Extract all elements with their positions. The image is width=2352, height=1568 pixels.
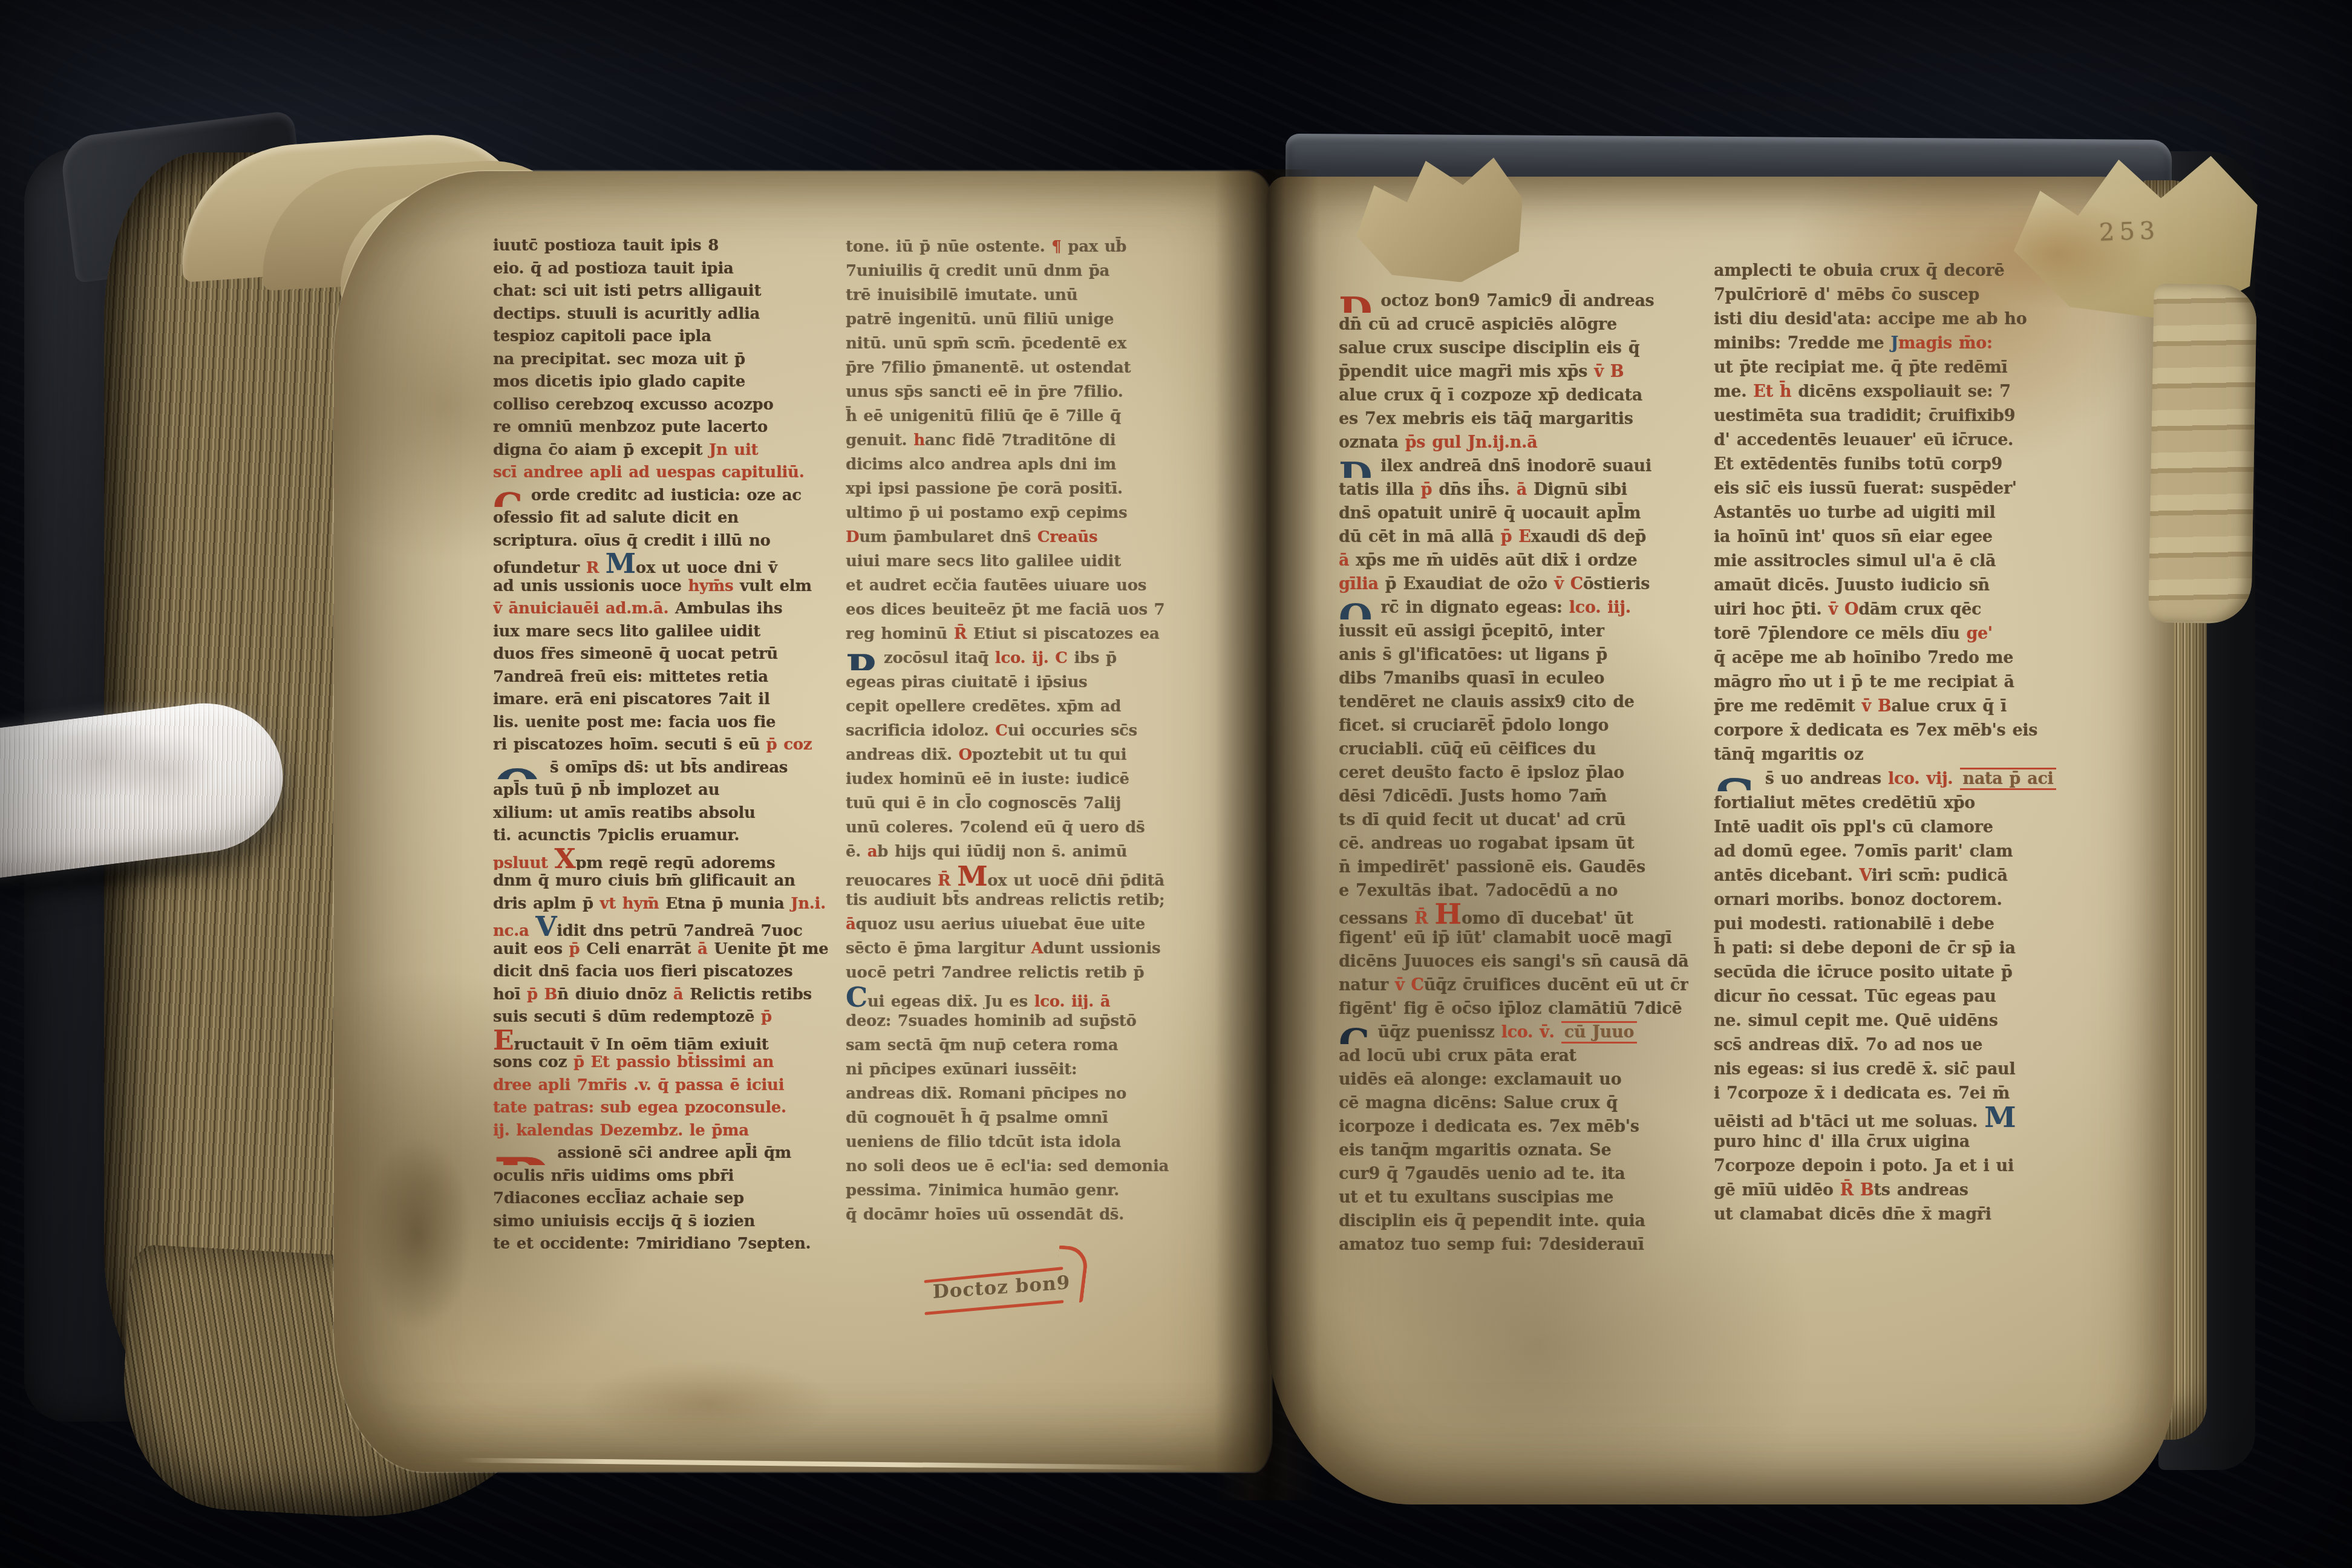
text-segment: e 7exultās ibat. 7adocēdū a no [1339,881,1618,900]
text-segment: lco. v̄. [1501,1023,1561,1042]
text-segment: v̄ O [1828,600,1858,619]
manuscript-text-line: puro hinc d' illa c̄rux uigina [1714,1130,2056,1154]
text-segment: sons coz [493,1053,573,1071]
text-segment: ueniens de filio tdcūt ista idola [846,1133,1121,1151]
text-segment: es 7ex mebris eis tāq̄ margaritis [1339,410,1633,428]
folio-number: 253 [2099,217,2160,246]
text-segment: xaudi ds̄ dep̄ [1531,528,1647,546]
text-segment: sacrificia idoloz. [846,722,995,740]
manuscript-text-line: Doctoz bon9 7amic9 d̄i andreas [1339,289,1688,313]
text-segment: xilium: ut amīs reatibs absolu [493,804,756,822]
text-segment: cē magna dicēns: Salue crux q̄ [1339,1094,1618,1112]
manuscript-text-line: p̄re me redēmit v̄ Balue crux q̄ ī [1714,694,2056,719]
manuscript-text-line: digna c̄o aiam p̄ excepit Jn uit [493,439,833,462]
manuscript-text-line: ut clamabat dicēs dn̄e x̄ magr̄i [1714,1203,2056,1227]
manuscript-text-line: mos dicetis ipio glado capite [493,371,833,394]
manuscript-text-line: dnm q̄ muro ciuis bm̄ glificauit an [493,870,833,893]
text-segment: alue crux q̄ ī [1892,697,2007,716]
text-segment: D [846,528,859,546]
text-segment: 7andreā freū eis: mittetes retia [493,668,768,686]
text-segment: puro hinc d' illa c̄rux uigina [1714,1132,1970,1151]
text-segment: ofundetur [493,559,586,575]
text-segment: reuocares [846,872,938,888]
text-segment: ā [697,940,714,958]
text-segment: Creaūs [1037,528,1098,546]
manuscript-text-line: ornari moribs. bonoz doctorem. [1714,888,2056,912]
manuscript-text-line: cē magna dicēns: Salue crux q̄ [1339,1091,1688,1115]
manuscript-text-line: ad locū ubi crux pāta erat [1339,1044,1688,1068]
text-segment: nis egeas: si ius credē x̄. sic̄ paul [1714,1060,2015,1079]
text-segment: lco. iij. [1569,598,1631,617]
illuminated-initial: P [493,1142,551,1165]
text-segment: patrē ingenitū. unū filiū unige [846,310,1114,328]
manuscript-text-line: scī andree apli ad uespas capituliū. [493,462,833,485]
text-segment: ui egeas dix̄. Ju es [867,993,1034,1009]
manuscript-text-line: 7pulc̄riorē d' mēbs c̄o suscep [1714,283,2056,307]
text-segment: et audret ecčia fautēes uiuare uos [846,577,1146,595]
text-segment: uēisti ad b'tāci ut me soluas. [1714,1112,1984,1130]
manuscript-text-line: colliso cerebzoq excusso acozpo [493,394,833,417]
text-segment: pax ub̄ [1062,238,1127,256]
text-segment: octoz bon9 7amic9 d̄i andreas [1380,292,1654,310]
manuscript-text-line: salue crux suscipe disciplin eis q̄ [1339,336,1688,360]
text-segment: p̄ [569,940,587,958]
text-segment: ¶ [1051,238,1061,256]
text-segment: 7uniuilis q̄ credit unū dnm p̄a [846,262,1109,280]
text-segment: dicēns exspoliauit se: 7 [1798,382,2010,401]
text-segment: J [1890,334,1898,353]
catchword-text: Doctoz bon9 [933,1272,1071,1303]
text-segment: R̄ [954,625,973,643]
manuscript-text-line: ti. acunctis 7piclis eruamur. [493,825,833,848]
text-segment: R̄ [938,872,957,888]
right-page-column-1: Doctoz bon9 7amic9 d̄i andreasdn̄ cū ad … [1339,289,1688,1256]
text-segment: quoz usu aerius uiuebat ēue uite [856,915,1145,933]
text-segment: pessima. 7inimica humāo genr. [846,1181,1119,1200]
manuscript-text-line: sēcto ē p̄ma largitur Adunt ussionis [846,936,1201,961]
crumpled-edge-strip [2148,284,2257,624]
manuscript-text-line: Corde creditc ad iusticia: oze ac [493,485,833,508]
manuscript-text-line: ne. simul cepit me. Quē uidēns [1714,1009,2056,1033]
text-segment: b hijs qui iūdij non s̄. animū [877,843,1127,861]
manuscript-text-line: ficet. si cruciarēt̄ p̄dolo longo [1339,714,1688,737]
text-segment: lis. uenite post me: facia uos fie [493,713,776,731]
manuscript-text-line: ultimo p̄ ui postamo exp̄ cepims [846,501,1201,525]
text-segment: natur [1339,976,1395,995]
manuscript-text-line: egeas piras ciuitatē i ip̄sius [846,670,1201,694]
manuscript-text-line: dree apli 7mr̄is .v. q̄ passa ē iciui [493,1074,833,1097]
text-segment: andreas dix̄. Romani pn̄cipes no [846,1085,1126,1103]
text-segment: lco. iij. ā [1034,993,1111,1009]
manuscript-text-line: ut p̄te recipiat me. q̄ p̄te redēmī [1714,356,2056,380]
manuscript-text-line: nc.a Vidit dns petrū 7andreā 7uoc [493,915,833,938]
text-segment: p̄ B [527,985,557,1004]
text-segment: v̄ ānuiciauēi ad.m.ā. [493,599,675,618]
text-segment: vult elm [733,577,811,595]
text-segment: auit eos [493,940,569,958]
text-segment: gē mīū uidēo [1714,1181,1840,1200]
text-segment: ē. [846,843,867,861]
manuscript-text-line: Et extēdentēs funibs totū corp9 [1714,452,2056,477]
text-segment: me. [1714,382,1753,401]
text-segment: tespioz capitoli pace ipla [493,327,711,345]
manuscript-text-line: minibs: 7redde me Jmagis m̄o: [1714,332,2056,356]
text-segment: C [846,985,867,1009]
text-segment: magis m̄o: [1898,334,1993,353]
manuscript-text-line: ut et tu exultans suscipias me [1339,1186,1688,1209]
illuminated-initial: D [1339,289,1374,313]
manuscript-text-line: sacrificia idoloz. Cui occuries sc̄s [846,719,1201,743]
text-segment: ibs p̄ [1074,649,1116,667]
manuscript-text-line: h̄ pati: si debe deponi de c̄r sp̄ ia [1714,936,2056,961]
text-segment: dn̄ cū ad crucē aspiciēs alōgre [1339,315,1617,334]
manuscript-text-line: Orc̄ in dignato egeas: lco. iij. [1339,596,1688,619]
text-segment: lco. ij. C [995,649,1074,667]
text-segment: dibs 7manibs quasī in eculeo [1339,669,1604,688]
text-segment: ā [673,985,690,1004]
manuscript-text-line: sam sectā q̄m nup̄ cetera roma [846,1033,1201,1057]
text-segment: scriptura. oīus q̄ credit i illū no [493,532,771,550]
text-segment: q̄ docāmr hoīes uū ossendāt ds̄. [846,1206,1124,1224]
manuscript-text-line: q̄ docāmr hoīes uū ossendāt ds̄. [846,1203,1201,1227]
illuminated-initial: C [493,485,525,508]
text-segment: Relictis retibs [690,985,812,1004]
manuscript-text-line: iudex hominū eē in iuste: iudicē [846,767,1201,791]
manuscript-text-line: oculis nr̄is uidims oms pbr̄i [493,1165,833,1188]
manuscript-text-line: reg hominū R̄ Etiut si piscatozes ea [846,622,1201,646]
manuscript-text-line: dibs 7manibs quasī in eculeo [1339,667,1688,690]
manuscript-text-line: Qs̄ omīps ds̄: ut bt̄s andireas [493,757,833,780]
manuscript-text-line: cessans R̄ Homo dī ducebat' ūt [1339,903,1688,926]
text-segment: O [958,746,972,764]
manuscript-text-line: corpore x̄ dedicata es 7ex mēb's eis [1714,719,2056,743]
text-segment: antēs dicebant. [1714,866,1860,885]
manuscript-text-line: ē. ab hijs qui iūdij non s̄. animū [846,840,1201,864]
gutter-shadow [1215,169,1319,1500]
text-segment: xp̄s me m̄ [1356,551,1450,570]
text-segment: secūda die ic̄ruce posito uitate p̄ [1714,963,2013,982]
manuscript-text-line: patrē ingenitū. unū filiū unige [846,307,1201,332]
manuscript-text-line: duos fr̄es simeonē q̄ uocat petrū [493,643,833,666]
text-segment: dū cēt in mā allā [1339,528,1501,546]
manuscript-text-line: scriptura. oīus q̄ credit i illū no [493,530,833,553]
manuscript-text-line: dectips. stuuli is acuritly adlia [493,303,833,326]
text-segment: cessans [1339,909,1414,926]
manuscript-text-line: deoz: 7suades hominib ad sup̄stō [846,1009,1201,1033]
text-segment: ox ut uoce dni v̄ [636,559,777,575]
text-segment: ia hoīnū int' quos sn̄ eiar egee [1714,528,1993,546]
text-segment: ā [846,915,856,933]
left-page-column-2: tone. iū p̄ nūe ostente. ¶ pax ub̄7uniui… [846,235,1201,1227]
text-segment: v̄ C [1554,575,1583,593]
text-segment: ui occuries sc̄s [1008,722,1137,740]
text-segment: poztebit ut tu qui [972,746,1126,764]
text-segment: 7corpoze depoin i poto. Ja et i ui [1714,1157,2014,1175]
text-segment: alue crux q̄ ī cozpoze xp̄ dedicata [1339,386,1642,405]
text-segment: scī andree apli ad uespas capituliū. [493,463,804,482]
text-segment: ūq̄z puenissz [1378,1023,1501,1042]
manuscript-text-line: ts dī quid fecit ut ducat' ad crū [1339,808,1688,832]
text-segment: Intē uadit oīs ppl's cū clamore [1714,818,1993,837]
text-segment: ā [1517,480,1534,499]
illuminated-initial: C [1339,1021,1372,1044]
text-segment: assionē sc̄i andree apl̄i q̄m [557,1144,791,1162]
text-segment: p̄ [761,1008,772,1026]
text-segment: p̄ Et passio bt̄issimi an [573,1053,774,1071]
text-segment: n̄ diuio dnōz [557,985,673,1004]
manuscript-text-line: 7andreā freū eis: mittetes retia [493,666,833,689]
text-segment: Ambulas ihs [675,599,782,618]
text-segment: n̄ impedirēt' passionē eis. Gaudēs [1339,858,1645,877]
text-segment: nata p̄ aci [1960,768,2056,790]
manuscript-text-line: uidēs eā alonge: exclamauit uo [1339,1068,1688,1091]
left-page-column-1: iuutc̄ postioza tauit ipis 8eio. q̄ ad p… [493,235,833,1256]
text-segment: xpi ipsi passione p̄e corā positī. [846,480,1123,498]
manuscript-text-line: dēsi 7dicēdī. Justs homo 7am̄ [1339,785,1688,808]
text-segment: dris aplm p̄ [493,895,600,913]
text-segment: ōstieris [1583,575,1650,593]
text-segment: 7diacones eccl̄iaz achaie sep [493,1189,744,1207]
manuscript-text-line: māgro m̄o ut i p̄ te me recipiat ā [1714,670,2056,694]
text-segment: nc.a [493,922,535,938]
text-segment: eio. q̄ ad postioza tauit ipia [493,260,734,278]
manuscript-text-line: tate patras: sub egea pzoconsule. [493,1097,833,1120]
text-segment: digna c̄o aiam p̄ excepit [493,441,709,459]
manuscript-text-line: et audret ecčia fautēes uiuare uos [846,573,1201,598]
parchment-stain [581,1361,835,1446]
manuscript-text-line: n̄ impedirēt' passionē eis. Gaudēs [1339,855,1688,879]
text-segment: ad unis ussionis uoce [493,577,688,595]
manuscript-text-line: fortialiut mētes credētiū xp̄o [1714,791,2056,815]
manuscript-text-line: Intē uadit oīs ppl's cū clamore [1714,815,2056,840]
text-segment: minibs: 7redde me [1714,334,1890,353]
text-segment: tuū qui ē in cl̄o cognoscēs 7alij [846,794,1121,812]
text-segment: psluut [493,854,554,871]
manuscript-text-line: natur v̄ Cūq̄z c̄ruifices ducēnt eū ut c… [1339,973,1688,997]
text-segment: mos dicetis ipio glado capite [493,373,745,391]
text-segment: ni pn̄cipes exūnari iussēit: [846,1060,1077,1079]
text-segment: duos fr̄es simeonē q̄ uocat petrū [493,645,778,663]
manuscript-photograph: iuutc̄ postioza tauit ipis 8eio. q̄ ad p… [0,0,2352,1568]
manuscript-text-line: Dum p̄ambularet dns̄ Creaūs [846,525,1201,549]
manuscript-text-line: eos dices beuiteēz p̄t me faciā uos 7 [846,598,1201,622]
text-segment: Et h̄ [1753,382,1798,401]
text-segment: iuutc̄ postioza tauit ipis 8 [493,237,719,255]
manuscript-text-line: es 7ex mebris eis tāq̄ margaritis [1339,407,1688,431]
manuscript-text-line: re omniū menbzoz pute lacerto [493,416,833,439]
text-segment: p̄re me redēmit [1714,697,1862,716]
text-segment: p̄re 7filio p̄manentē. ut ostendat [846,359,1131,377]
manuscript-text-line: āquoz usu aerius uiuebat ēue uite [846,912,1201,936]
text-segment: iussit eū assigi p̄cepitō, inter [1339,622,1604,641]
text-segment: h [913,431,925,449]
manuscript-text-line: eis sic̄ eis iussū fuerat: suspēder' [1714,477,2056,501]
manuscript-text-line: h̄ eē unigenitū filiū q̄e ē 7ille q̄ [846,404,1201,428]
text-segment: ri piscatozes hoīm. secuti s̄ eū [493,736,766,754]
text-segment: ut p̄te recipiat me. q̄ p̄te redēmī [1714,358,2007,377]
text-segment: deoz: 7suades hominib ad sup̄stō [846,1012,1137,1030]
text-segment: uiui mare secs lito galilee uidit [846,552,1121,570]
text-segment: torē 7p̄lendore ce mēls dīu [1714,624,1966,643]
text-segment: uocē petri 7andree relictis retib p̄ [846,964,1144,982]
manuscript-text-line: unus sp̄s sancti eē in p̄re 7filio. [846,380,1201,404]
text-segment: a [867,843,878,861]
manuscript-text-line: ri piscatozes hoīm. secuti s̄ eū p̄ coz [493,734,833,757]
text-segment: ij. kalendas Dezembz. le p̄ma [493,1122,749,1140]
manuscript-text-line: nitū. unū spm̄ scm̄. p̄cedentē ex [846,332,1201,356]
text-segment: ultimo p̄ ui postamo exp̄ cepims [846,504,1127,522]
manuscript-text-line: imare. erā eni piscatores 7ait il [493,688,833,711]
manuscript-text-line: dū cognouēt h̄ q̄ psalme omnī [846,1106,1201,1130]
text-segment: cur9 q̄ 7gaudēs uenio ad te. ita [1339,1165,1625,1183]
manuscript-text-line: na precipitat. sec moza uit p̄ [493,348,833,371]
text-segment: p̄ [1421,480,1439,499]
illuminated-initial: S [1714,767,1759,791]
manuscript-text-line: apl̄s tuū p̄ nb̄ implozet au [493,779,833,802]
parchment-stain [363,1137,472,1331]
text-segment: figēnt' fig ē oc̄so ip̄loz clamātiū 7dic… [1339,999,1682,1018]
manuscript-text-line: i 7corpoze x̄ i dedicata es. 7ei m̄ [1714,1082,2056,1106]
text-segment: hym̄s [688,577,733,595]
text-segment: disciplin eis q̄ pependit inte. quia [1339,1212,1645,1230]
text-segment: Jn.i. [791,895,826,913]
manuscript-text-line: hoī p̄ Bn̄ diuio dnōz ā Relictis retibs [493,984,833,1007]
manuscript-text-line: dicur n̄o cessat. Tūc egeas pau [1714,985,2056,1009]
text-segment: iudex hominū eē in iuste: iudicē [846,770,1129,788]
manuscript-text-line: alue crux q̄ ī cozpoze xp̄ dedicata [1339,384,1688,407]
manuscript-text-line: xpi ipsi passione p̄e corā positī. [846,477,1201,501]
text-segment: ofessio fit ad salute dicit en [493,509,739,527]
text-segment: Etiut si piscatozes ea [973,625,1160,643]
text-segment: ti. acunctis 7piclis eruamur. [493,826,739,844]
manuscript-text-line: ofundetur R Mox ut uoce dni v̄ [493,552,833,575]
text-segment: dns̄ opatuit unirē q̄ uocauit apl̄m [1339,504,1641,523]
text-segment: isti diu desid'ata: accipe me ab ho [1714,310,2027,328]
text-segment: uidēs aūt dix̄ i ordze [1450,551,1637,570]
manuscript-text-line: unū coleres. 7colend eū q̄ uero ds̄ [846,815,1201,840]
white-glove-fingertip [0,694,291,880]
manuscript-text-line: Eructauit v̄ In oēm tiām exiuit [493,1029,833,1052]
text-segment: X [554,848,575,871]
manuscript-text-line: dicit dns̄ facia uos fieri piscatozes [493,961,833,984]
manuscript-text-line: cur9 q̄ 7gaudēs uenio ad te. ita [1339,1162,1688,1186]
manuscript-text-line: tespioz capitoli pace ipla [493,325,833,348]
text-segment: scs̄ andreas dix̄. 7o ad nos ue [1714,1036,1982,1054]
text-segment: dunt ussionis [1043,939,1160,958]
text-segment: V [1860,866,1872,885]
text-segment: eos dices beuiteēz p̄t me faciā uos 7 [846,601,1165,619]
text-segment: oculis nr̄is uidims oms pbr̄i [493,1167,734,1185]
manuscript-text-line: Ss̄ uo andreas lco. vij. nata p̄ aci [1714,767,2056,791]
text-segment: tate patras: sub egea pzoconsule. [493,1099,786,1117]
text-segment: ceret deus̄to facto ē ipsloz p̄lao [1339,763,1624,782]
text-segment: iux mare secs lito galilee uidit [493,622,760,641]
text-segment: E [493,1029,514,1052]
catchword-frame: Doctoz bon9 [924,1261,1082,1324]
text-segment: p̄pendit uice magr̄i mis xp̄s [1339,362,1594,381]
text-segment: sēcto ē p̄ma largitur [846,939,1031,958]
manuscript-text-line: simo uniuisis eccijs q̄ s̄ iozien [493,1210,833,1233]
text-segment: dicims alco andrea apls dni im [846,456,1116,474]
manuscript-text-line: oznata p̄s gul Jn.ij.n.ā [1339,431,1688,454]
text-segment: p̄ E [1501,528,1531,546]
manuscript-text-line: amatoz tuo semp fui: 7desiderauī [1339,1233,1688,1256]
manuscript-text-line: icorpoze i dedicata es. 7ex mēb's [1339,1115,1688,1138]
manuscript-text-line: suis secuti s̄ dūm redemptozē p̄ [493,1006,833,1029]
text-segment: s̄ uo andreas [1765,769,1888,788]
manuscript-text-line: uēisti ad b'tāci ut me soluas. M [1714,1106,2056,1130]
text-segment: dn̄s ih̄s. [1439,480,1516,499]
manuscript-text-line: uestimēta sua tradidit; c̄ruifixib9 [1714,404,2056,428]
text-segment: te et occidente: 7miridiano 7septen. [493,1235,811,1253]
text-segment: R [586,559,606,575]
text-segment: p̄s gul Jn.ij.n.ā [1405,433,1538,452]
manuscript-text-line: pui modesti. rationabilē i debe [1714,912,2056,936]
manuscript-text-line: 7corpoze depoin i poto. Ja et i ui [1714,1154,2056,1178]
manuscript-text-line: gē mīū uidēo R̄ Bts andreas [1714,1178,2056,1203]
manuscript-text-line: dicims alco andrea apls dni im [846,452,1201,477]
manuscript-text-line: ij. kalendas Dezembz. le p̄ma [493,1120,833,1143]
text-segment: oznata [1339,433,1405,452]
manuscript-text-line: te et occidente: 7miridiano 7septen. [493,1233,833,1256]
text-segment: v̄ B [1862,697,1892,716]
text-segment: dree apli 7mr̄is .v. q̄ passa ē iciui [493,1076,784,1094]
text-segment: reg hominū [846,625,954,643]
illuminated-initial: P [846,646,878,670]
text-segment: amaūt dicēs. Juusto iudicio sn̄ [1714,576,1990,595]
text-segment: zocōsul itaq̄ [884,649,995,667]
manuscript-text-line: q̄ acēpe me ab hoīnibo 7redo me [1714,646,2056,670]
text-segment: R̄ [1414,909,1434,926]
manuscript-text-line: Astantēs uo turbe ad uigiti mil [1714,501,2056,525]
text-segment: dū cognouēt h̄ q̄ psalme omnī [846,1109,1108,1127]
text-segment: H [1435,903,1462,926]
text-segment: trē inuisibilē imutate. unū [846,286,1077,304]
text-segment: amplecti te obuia crux q̄ decorē [1714,261,2004,280]
text-segment: tatis illa [1339,480,1421,499]
manuscript-text-line: eis tanq̄m mgaritis oznata. Se [1339,1138,1688,1162]
text-segment: p̄ coz [766,736,812,754]
text-segment: dectips. stuuli is acuritly adlia [493,305,760,323]
manuscript-text-line: Passionē sc̄i andree apl̄i q̄m [493,1142,833,1165]
manuscript-text-line: figent' eū ip̄ iūt' clamabit uocē magī [1339,926,1688,950]
right-page-column-2: amplecti te obuia crux q̄ decorē7pulc̄ri… [1714,259,2056,1227]
text-segment: ficet. si cruciarēt̄ p̄dolo longo [1339,716,1609,735]
text-segment: dicur n̄o cessat. Tūc egeas pau [1714,987,1996,1006]
manuscript-text-line: genuit. hanc fidē 7traditōne di [846,428,1201,452]
manuscript-text-line: dicēns Juuoces eis sangi's sn̄ causā dām [1339,950,1688,973]
text-segment: lco. vij. [1888,769,1960,788]
text-segment: cepit opellere credētes. xp̄m ad [846,697,1121,716]
manuscript-text-line: Dilex andreā dns̄ inodorē suaui [1339,454,1688,478]
text-segment: anc fidē 7traditōne di [925,431,1116,449]
text-segment: orde creditc ad iusticia: oze ac [531,486,802,505]
text-segment: v̄ C [1395,976,1424,995]
text-segment: h̄ pati: si debe deponi de c̄r sp̄ ia [1714,939,2016,958]
manuscript-text-line: ia hoīnū int' quos sn̄ eiar egee [1714,525,2056,549]
manuscript-text-line: iuutc̄ postioza tauit ipis 8 [493,235,833,258]
text-segment: uiri hoc p̄ti. [1714,600,1828,619]
text-segment: tone. iū p̄ nūe ostente. [846,238,1051,256]
manuscript-text-line: psluut Xpm regē regū adorems [493,848,833,871]
manuscript-text-line: no soli deos ue ē ecl'ia: sed demonia [846,1154,1201,1178]
text-segment: unus sp̄s sancti eē in p̄re 7filio. [846,383,1123,401]
manuscript-text-line: Cūq̄z puenissz lco. v̄. cū Juuo [1339,1021,1688,1044]
text-segment: re omniū menbzoz pute lacerto [493,418,768,436]
illuminated-initial: D [1339,454,1374,478]
manuscript-text-line: sons coz p̄ Et passio bt̄issimi an [493,1051,833,1074]
manuscript-text-line: tone. iū p̄ nūe ostente. ¶ pax ub̄ [846,235,1201,259]
